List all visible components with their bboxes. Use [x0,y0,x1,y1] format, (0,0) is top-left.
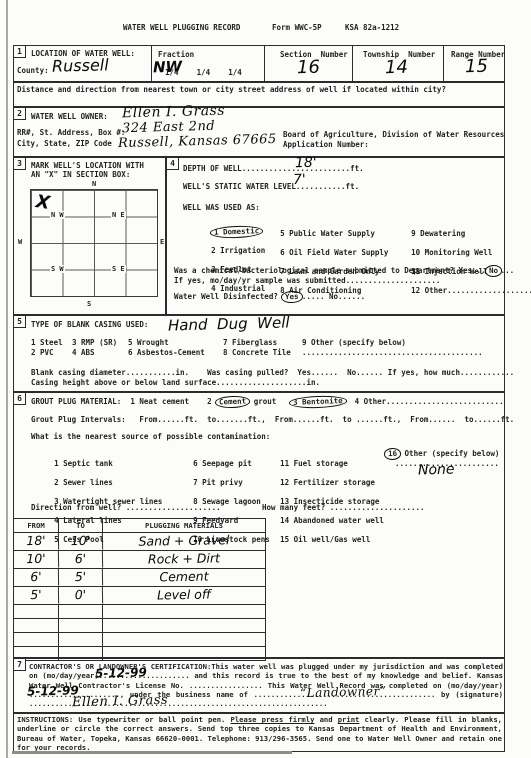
used-as-option: 6 Oil Field Water Supply [280,248,388,257]
casing-col3: 5 Wrought6 Asbestos-Cement [128,338,205,357]
casing-col5: 9 Other (specify below).................… [302,338,483,357]
casing-option: 1 Steel [31,338,63,347]
casing-col4: 7 Fiberglass8 Concrete Tile [223,338,291,357]
scan-edge-bottom [12,751,292,754]
used-as-col1: 1 Domestic 2 Irrigation 3 Feedlot 4 Indu… [193,217,265,303]
contamination-option: 1 Septic tank [54,459,113,468]
instructions-seg2: and [314,715,337,724]
compass-e: E [159,238,165,246]
sample-question-line: Was a chemical/bacteriological sample su… [174,266,514,276]
contamination-question: What is the nearest source of possible c… [31,432,270,442]
table-row-empty [14,605,265,619]
grout-bentonite-circled: 3 Bentonite [289,395,347,409]
table-row-empty [14,633,265,647]
application-number-label: Application Number: [283,140,369,150]
compass-s: S [86,300,92,308]
from-value: 5' [14,587,59,605]
range-number-value: 15 [465,56,488,78]
casing-col2: 3 RMP (SR)4 ABS [72,338,117,357]
owner-label: WATER WELL OWNER: [31,112,108,122]
form-number: Form WWC-5P [272,23,322,33]
fraction-value: NW [153,58,183,77]
instructions-seg1: INSTRUCTIONS: Use typewriter or ball poi… [17,715,231,724]
sample-date-line: If yes, mo/day/yr sample was submitted..… [174,276,440,286]
compass-sw: S W [50,265,65,273]
scan-edge-left [6,0,8,758]
distance-question: Distance and direction from nearest town… [17,85,446,95]
static-level-value: 7' [293,172,306,188]
contamination-16-circled: 16 [384,448,401,460]
depth-of-well-line: DEPTH OF WELL........................ft. [183,164,364,174]
section5-number: 5 [13,315,26,328]
contamination-other-value: None [418,462,455,479]
township-number-value: 14 [385,57,408,79]
casing-height-line: Casing height above or below land surfac… [31,378,320,388]
used-as-col3: 9 Dewatering 10 Monitoring Well 11 Injec… [393,219,531,305]
from-value: 18' [14,533,59,551]
plugging-table-header-row: FROM TO PLUGGING MATERIALS [14,519,265,533]
section4-number: 4 [166,157,179,170]
grout-material-line: GROUT PLUG MATERIAL: 1 Neat cement 2 Cem… [31,397,504,407]
well-location-x-mark: X [35,191,52,214]
casing-option: 3 RMP (SR) [72,338,117,347]
col-header-from: FROM [14,519,59,532]
casing-type-value: Hand Dug Well [168,313,290,334]
casing-option-other: 9 Other (specify below) [302,338,406,347]
table-row: 10' 6' Rock + Dirt [14,551,265,569]
col-header-to: TO [59,519,103,532]
plugged-date-value: 5-12-99 [95,665,147,680]
plugging-table: FROM TO PLUGGING MATERIALS 18' 10' Sand … [13,518,266,661]
contamination-option: 15 Oil well/Gas well [280,535,370,544]
compass-ne: N E [111,211,126,219]
contamination-option: 6 Seepage pit [193,459,252,468]
divider [264,45,265,82]
to-value: 5' [59,569,103,587]
casing-other-dots: ........................................ [302,348,483,357]
contamination-option: 14 Abandoned water well [280,516,384,525]
table-row: 6' 5' Cement [14,569,265,587]
casing-col1: 1 Steel2 PVC [31,338,63,357]
county-value: Russell [52,55,109,75]
divider [151,45,152,82]
disinfected-dots: ..... No...... [302,292,365,301]
sample-dots: ... [501,266,515,275]
business-name-value: “Landowner” [300,684,387,700]
contamination-option: 11 Fuel storage [280,459,348,468]
section6-number: 6 [13,392,26,405]
form-statute: KSA 82a-1212 [345,23,399,33]
address-label: RR#, St. Address, Box #: [17,128,125,138]
form-title: WATER WELL PLUGGING RECORD [123,23,240,33]
col-header-materials: PLUGGING MATERIALS [103,519,265,532]
divider [443,45,444,82]
instructions-text: INSTRUCTIONS: Use typewriter or ball poi… [17,715,502,752]
compass-w: W [17,238,23,246]
contamination-other-label: Other (specify below) [400,449,499,458]
to-value: 10' [59,533,103,551]
contamination-option: 2 Sewer lines [54,478,113,487]
section-number-value: 16 [297,57,320,79]
casing-option: 4 ABS [72,348,95,357]
board-line1: Board of Agriculture, Division of Water … [283,130,504,140]
grout-mid: grout [249,397,290,406]
casing-option: 6 Asbestos-Cement [128,348,205,357]
compass-se: S E [111,265,126,273]
contamination-col3: 11 Fuel storage 12 Fertilizer storage 13… [262,449,384,554]
grout-cement-circled: Cement [215,395,250,408]
used-as-option: 2 Irrigation [211,246,265,255]
used-as-option: 10 Monitoring Well [411,248,492,257]
casing-option: 8 Concrete Tile [223,348,291,357]
used-as-option: 9 Dewatering [411,229,465,238]
used-as-option: 5 Public Water Supply [280,229,375,238]
section3-number: 3 [13,157,26,170]
signature-value: Ellen I. Grass [72,693,168,711]
disinfected-question: Water Well Disinfected? [174,292,278,301]
how-many-feet-line: How many feet? ..................... [262,503,425,513]
to-value: 0' [59,587,103,605]
disinfected-yes-circled: Yes [281,291,303,303]
casing-option: 5 Wrought [128,338,169,347]
section1-number: 1 [13,45,26,58]
static-water-level-line: WELL'S STATIC WATER LEVEL...........ft. [183,182,359,192]
compass-nw: N W [50,211,65,219]
casing-option: 7 Fiberglass [223,338,277,347]
used-as-option: 12 Other................... [411,286,531,295]
table-row: 5' 0' Level off [14,587,265,605]
instructions-underline2: print [338,715,360,724]
material-value: Rock + Dirt [103,550,265,570]
casing-option: 2 PVC [31,348,54,357]
sample-question: Was a chemical/bacteriological sample su… [174,266,486,275]
grout-other: 4 Other.......................... [346,397,504,406]
grout-intervals-line: Grout Plug Intervals: From......ft. to..… [31,415,514,425]
table-row-empty [14,619,265,633]
table-row: 18' 10' Sand + Gravel [14,533,265,551]
material-value: Level off [103,586,265,606]
well-used-as-label: WELL WAS USED AS: [183,203,260,213]
section3-title-line2: AN "X" IN SECTION BOX: [31,170,130,180]
sample-answer-no-circled: No [484,265,501,277]
instructions-underline1: Please press firmly [231,715,315,724]
grout-label: GROUT PLUG MATERIAL: 1 Neat cement 2 [31,397,216,406]
casing-diameter-line: Blank casing diameter...........in. Was … [31,368,514,378]
city-label: City, State, ZIP Code [17,139,112,149]
divider [352,45,353,82]
depth-value: 18' [295,155,317,172]
casing-type-label: TYPE OF BLANK CASING USED: [31,320,148,330]
to-value: 6' [59,551,103,569]
material-value: Sand + Gravel [103,532,265,552]
scanned-form-page: WATER WELL PLUGGING RECORD Form WWC-5P K… [0,0,531,758]
section2-number: 2 [13,107,26,120]
county-label: County: [17,66,49,76]
direction-from-well-line: Direction from well? ...................… [31,503,221,513]
used-as-domestic-circled: 1 Domestic [210,225,264,238]
contamination-option: 12 Fertilizer storage [280,478,375,487]
material-value: Cement [103,568,265,588]
section7-number: 7 [13,658,26,671]
from-value: 10' [14,551,59,569]
compass-n: N [91,180,97,188]
disinfected-line: Water Well Disinfected? Yes..... No.....… [174,292,365,302]
contamination-option: 7 Pit privy [193,478,243,487]
from-value: 6' [14,569,59,587]
